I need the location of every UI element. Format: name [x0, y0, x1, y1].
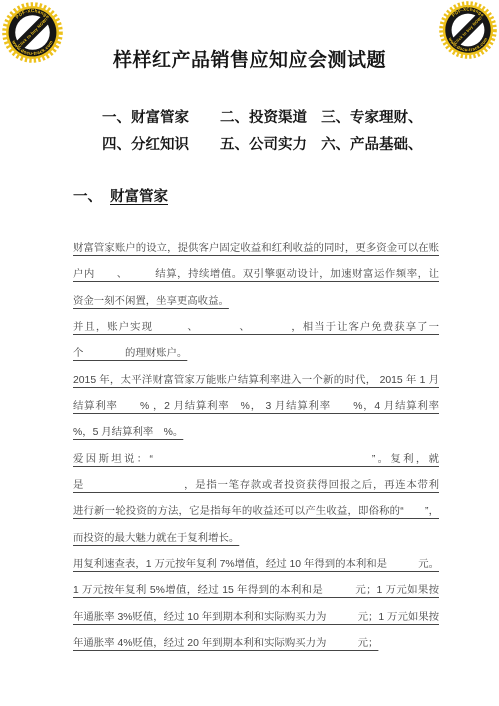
section-title: 财富管家 — [110, 189, 168, 205]
page-title: 样样红产品销售应知应会测试题 — [0, 45, 499, 72]
toc-row-1: 一、财富管家 二、投资渠道 三、专家理财、 — [102, 105, 423, 132]
body-line: 年通胀率 4%贬值，经过 20 年到期本利和实际购买力为 元； — [73, 631, 439, 657]
toc-item-wealth-manager: 一、财富管家 — [102, 105, 189, 132]
body-line: 资金一刻不闲置，坐享更高收益。 — [73, 289, 439, 315]
toc-row-2: 四、分红知识 五、公司实力 六、产品基础、 — [102, 132, 423, 159]
body-line: %，5 月结算利率 %。 — [73, 420, 439, 446]
body-line: 2015 年，太平洋财富管家万能账户结算利率进入一个新的时代， 2015 年 1… — [73, 368, 439, 394]
table-of-contents: 一、财富管家 二、投资渠道 三、专家理财、 四、分红知识 五、公司实力 六、产品… — [102, 105, 423, 159]
toc-item-dividend-knowledge: 四、分红知识 — [102, 132, 189, 159]
body-text: 财富管家账户的设立，提供客户固定收益和红利收益的同时，更多资金可以在账 户内 、… — [73, 236, 439, 658]
body-line: 财富管家账户的设立，提供客户固定收益和红利收益的同时，更多资金可以在账 — [73, 236, 439, 262]
body-line: 结算利率 % ，2 月结算利率 %， 3 月结算利率 %，4 月结算利率 — [73, 394, 439, 420]
document-page: Click to buy NOW! PDF-XChange www.docu-t… — [0, 0, 499, 706]
body-line: 而投资的最大魅力就在于复利增长。 — [73, 526, 439, 552]
body-line: 是 ，是指一笔存款或者投资获得回报之后，再连本带利 — [73, 473, 439, 499]
toc-item-invest-channel: 二、投资渠道 — [220, 105, 307, 132]
toc-item-expert-finance: 三、专家理财、 — [321, 105, 423, 132]
body-line: 爱因斯坦说：“ ”。复利，就 — [73, 447, 439, 473]
body-line: 进行新一轮投资的方法，它是指每年的收益还可以产生收益，即俗称的“ ”， — [73, 499, 439, 525]
body-line: 用复利速查表，1 万元按年复利 7%增值，经过 10 年得到的本利和是 元。 — [73, 552, 439, 578]
body-line: 户内 、 结算，持续增值。双引擎驱动设计，加速财富运作频率，让 — [73, 262, 439, 288]
body-line: 1 万元按年复利 5%增值，经过 15 年得到的本利和是 元；1 万元如果按 — [73, 578, 439, 604]
section-number: 一、 — [73, 189, 102, 205]
body-line: 并且，账户实现 、 、 ，相当于让客户免费获享了一 — [73, 315, 439, 341]
section-heading: 一、财富管家 — [73, 185, 168, 206]
toc-item-company-strength: 五、公司实力 — [220, 132, 307, 159]
toc-item-product-basics: 六、产品基础、 — [321, 132, 423, 159]
body-line: 个 的理财账户。 — [73, 341, 439, 367]
body-line: 年通胀率 3%贬值，经过 10 年到期本利和实际购买力为 元；1 万元如果按 — [73, 605, 439, 631]
